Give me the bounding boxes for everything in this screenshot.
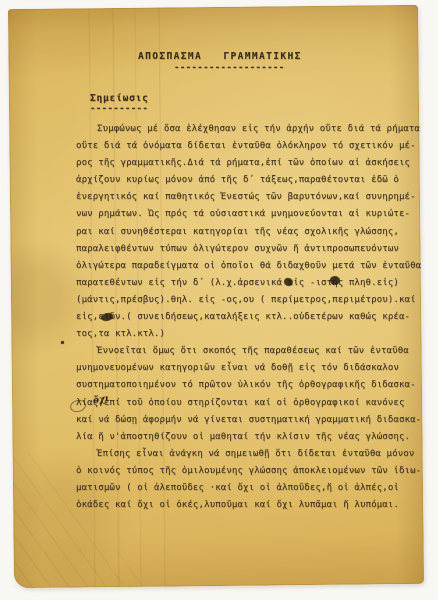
- text-line: Ἐπίσης εἶναι ἀνάγκη νά σημειωθῇ ὅτι δίδε…: [76, 446, 418, 463]
- document-title: ΑΠΟΣΠΑΣΜΑ ΓΡΑΜΜΑΤΙΚΗΣ: [138, 51, 302, 62]
- text-line: καί νά δώσῃ ἀφορμήν νά γίνεται συστηματι…: [76, 412, 418, 429]
- text-line: Ἐννοεῖται ὅμως ὅτι σκοπός τῆς παραθέσεως…: [76, 343, 418, 360]
- document-body: Συμφώνως μέ ὅσα ἐλέχθησαν εἰς τήν ἀρχήν …: [76, 121, 418, 514]
- text-line: νων ρημάτων. Ὡς πρός τά οὐσιαστικά μνημο…: [76, 206, 418, 223]
- scanned-page: ΑΠΟΣΠΑΣΜΑ ΓΡΑΜΜΑΤΙΚΗΣ ------------------…: [0, 0, 438, 600]
- text-line: ραι καί συνηθέστεραι κατηγορίαι τῆς νέας…: [76, 224, 418, 241]
- text-line: λία ἤ ν'ἀποστηθίζουν οἱ μαθηταί τήν κλίσ…: [76, 429, 418, 446]
- text-line: ματισμῶν ( οἱ ἀλεποῦδες ·καί ὄχι οἱ ἀλπο…: [76, 480, 418, 497]
- typewritten-layer: ΑΠΟΣΠΑΣΜΑ ΓΡΑΜΜΑΤΙΚΗΣ ------------------…: [0, 0, 438, 600]
- heading-underline: ----------: [90, 104, 148, 114]
- text-line: ρος τῆς γραμματικῆς.Διά τά ρήματα,ἐπί τῶ…: [76, 155, 418, 172]
- text-line: μνημονευομένων κατηγοριῶν εἶναι νά δοθῇ …: [76, 360, 418, 377]
- text-line: παραλειφθέντων τύπων ὀλιγώτερον συχνῶν ἤ…: [76, 241, 418, 258]
- text-line: ὀλιγώτερα παραδείγματα οἱ ὁποῖοι θά διδα…: [76, 258, 418, 275]
- text-line: ὁ κοινός τύπος τῆς ὁμιλουμένης γλώσσης ἀ…: [76, 463, 418, 480]
- section-heading: Σημείωσις: [90, 93, 149, 104]
- text-line: παρατεθέντων εἰς τήν δ΄ (λ.χ.ἀρσενικά εἰ…: [76, 275, 418, 292]
- text-line: εἰς,ειῶν.( συνειδήσεως,καταλήξεις κτλ..ο…: [76, 309, 418, 326]
- text-line: οὔτε διά τά ὀνόματα δίδεται ἐνταῦθα ὁλόκ…: [76, 138, 418, 155]
- text-line: ἐνεργητικός καί παθητικός Ἐνεστώς τῶν βα…: [76, 189, 418, 206]
- text-line: ἀρχίζουν κυρίως μόνον ἀπό τῆς δ΄ τάξεως,…: [76, 172, 418, 189]
- text-line: συστηματοποιημένον τό πρῶτον ὑλικόν τῆς …: [76, 377, 418, 394]
- text-line: ὀκάδες καί ὄχι οἱ ὀκές,λυποῦμαι καί ὄχι …: [76, 497, 418, 514]
- title-underline: -------------------: [174, 63, 285, 73]
- text-line: Συμφώνως μέ ὅσα ἐλέχθησαν εἰς τήν ἀρχήν …: [76, 121, 418, 138]
- margin-dot-mark: [61, 341, 64, 344]
- text-line: (μάντις,πρέσβυς).θηλ. εἰς -ος,ου ( περίμ…: [76, 292, 418, 309]
- text-line: τος,τα κτλ.κτλ.): [76, 326, 418, 343]
- text-line: λίας,ἐπί τοῦ ὁποίου στηρίζονται καί οἱ ὀ…: [76, 395, 418, 412]
